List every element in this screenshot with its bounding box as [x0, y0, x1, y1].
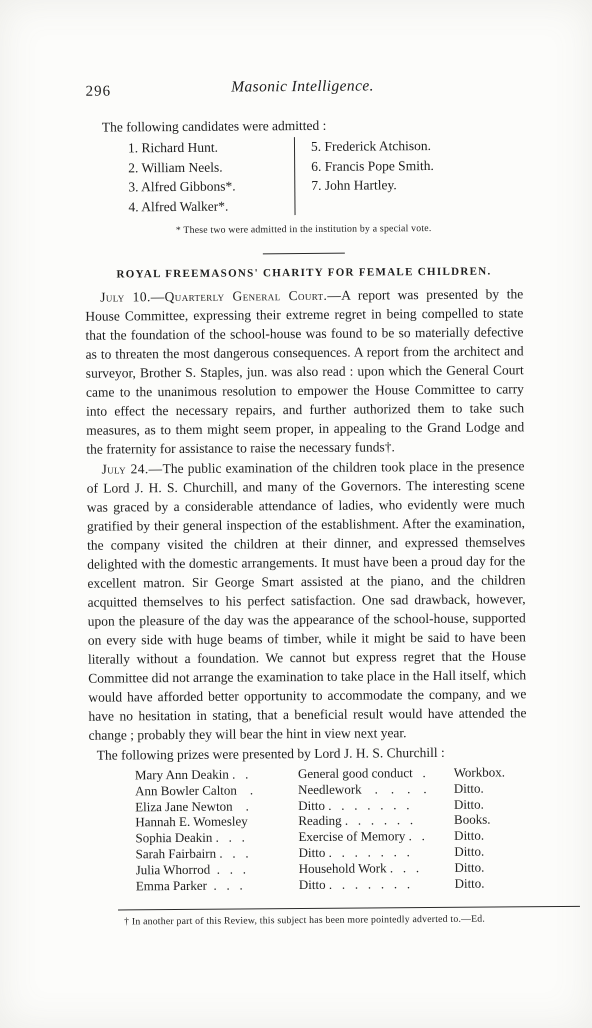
paragraph-lead: July 10.—Quarterly General Court.—	[100, 288, 341, 305]
prize-award: Ditto.	[454, 843, 527, 859]
prize-subject: Needlework . . . .	[298, 781, 454, 798]
journal-title: Masonic Intelligence.	[83, 76, 521, 97]
prize-recipient: Mary Ann Deakin . .	[135, 766, 298, 783]
prize-subject: Household Work . . .	[299, 860, 455, 877]
section-divider-rule	[263, 253, 345, 255]
admissions-footnote: * These two were admitted in the institu…	[85, 218, 523, 240]
prize-award: Ditto.	[454, 875, 527, 891]
candidate-item: 2. William Neels.	[128, 157, 286, 178]
prize-subject: Ditto . . . . . . .	[298, 796, 454, 813]
candidate-item: 6. Francis Pope Smith.	[311, 155, 434, 175]
prize-subject: General good conduct .	[298, 765, 454, 782]
paragraph-lead: July 24.—	[101, 461, 162, 476]
page-content: 296 Masonic Intelligence. The following …	[83, 76, 528, 932]
prize-recipient: Julia Whorrod . . .	[136, 861, 299, 878]
candidate-column-right: 5. Frederick Atchison. 6. Francis Pope S…	[295, 136, 434, 215]
admissions-intro: The following candidates were admitted :	[102, 114, 522, 136]
prize-award: Ditto.	[454, 859, 527, 875]
candidate-item: 5. Frederick Atchison.	[311, 136, 434, 156]
prize-recipient: Sophia Deakin . . .	[135, 829, 298, 846]
prize-subject: Reading . . . . . .	[298, 812, 454, 829]
paragraph-text: The public examination of the children t…	[87, 458, 527, 742]
prize-award: Workbox.	[454, 764, 527, 780]
prize-row: Emma Parker . . . Ditto . . . . . . . Di…	[136, 875, 528, 894]
candidate-item: 1. Richard Hunt.	[128, 137, 286, 158]
prize-subject: Exercise of Memory . .	[298, 828, 454, 845]
section-heading: ROYAL FREEMASONS' CHARITY FOR FEMALE CHI…	[85, 262, 523, 284]
paragraph-text: A report was presented by the House Comm…	[85, 286, 524, 456]
prize-subject: Ditto . . . . . . .	[299, 844, 455, 861]
page-header: 296 Masonic Intelligence.	[83, 76, 521, 103]
prize-award: Ditto.	[454, 796, 527, 812]
page-footnote: † In another part of this Review, this s…	[124, 910, 528, 932]
paragraph-july-10: July 10.—Quarterly General Court.—A repo…	[85, 284, 524, 458]
prize-recipient: Hannah E. Womesley	[135, 813, 298, 830]
candidate-list: 1. Richard Hunt. 2. William Neels. 3. Al…	[128, 135, 523, 216]
prize-recipient: Sarah Fairbairn . . .	[135, 845, 298, 862]
prize-subject: Ditto . . . . . . .	[299, 875, 455, 892]
prize-table: Mary Ann Deakin . . General good conduct…	[135, 764, 528, 893]
page-number: 296	[86, 84, 112, 101]
candidate-column-left: 1. Richard Hunt. 2. William Neels. 3. Al…	[128, 137, 296, 216]
prize-recipient: Ann Bowler Calton .	[135, 782, 298, 799]
prize-award: Ditto.	[454, 780, 527, 796]
prize-award: Books.	[454, 812, 527, 828]
candidate-item: 4. Alfred Walker*.	[128, 196, 286, 217]
paragraph-july-24: July 24.—The public examination of the c…	[86, 456, 526, 744]
scanned-page: 296 Masonic Intelligence. The following …	[0, 0, 592, 1028]
prize-recipient: Emma Parker . . .	[136, 877, 299, 894]
prizes-intro: The following prizes were presented by L…	[89, 742, 527, 764]
candidate-item: 7. John Hartley.	[311, 175, 434, 195]
prize-award: Ditto.	[454, 827, 527, 843]
candidate-item: 3. Alfred Gibbons*.	[128, 176, 286, 197]
prize-recipient: Eliza Jane Newton .	[135, 798, 298, 815]
